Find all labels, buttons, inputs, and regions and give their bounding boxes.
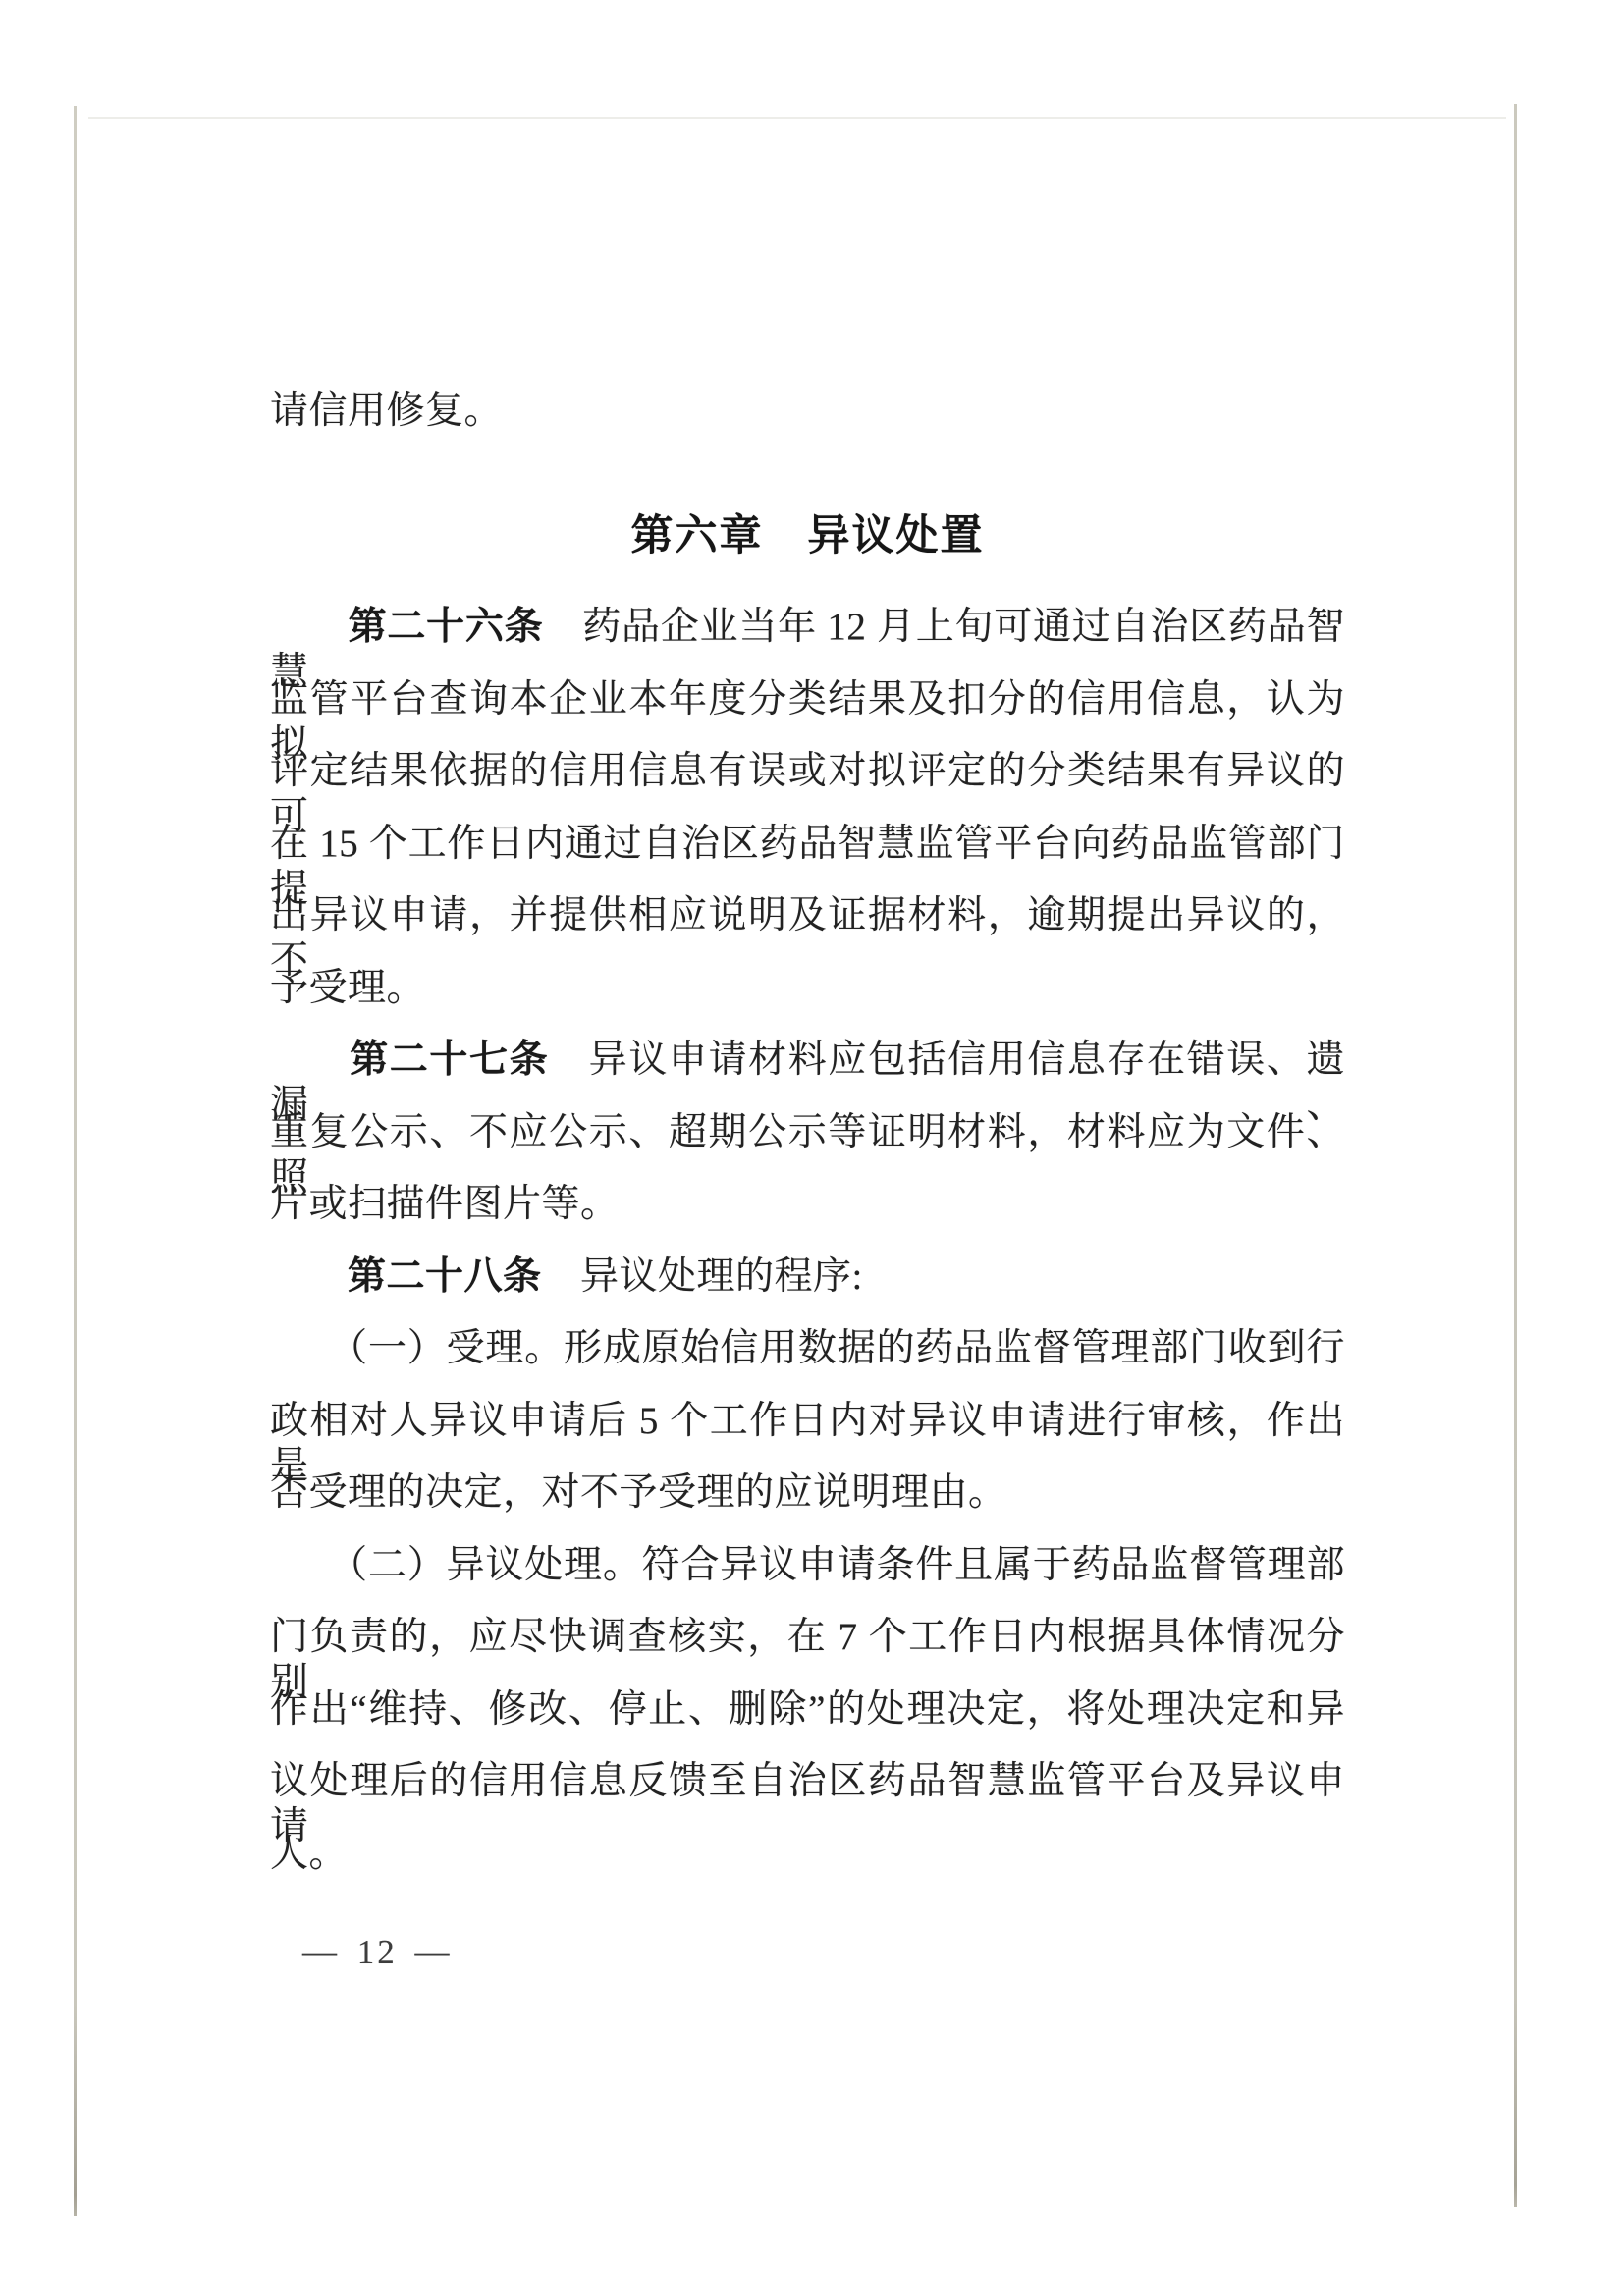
- page-edge-right-line: [1514, 104, 1517, 2207]
- body-line: 片或扫描件图片等。: [270, 1182, 1345, 1227]
- article-number: 第二十七条: [350, 1039, 549, 1081]
- text-run: 否受理的决定，对不予受理的应说明理由。: [270, 1471, 1007, 1514]
- body-line: 人。: [270, 1832, 1345, 1877]
- article-number: 第二十八条: [348, 1255, 542, 1298]
- body-line: 否受理的决定，对不予受理的应说明理由。: [270, 1470, 1345, 1516]
- text-run: 片或扫描件图片等。: [270, 1183, 620, 1225]
- scanned-document-page: 请信用修复。 第六章 异议处置 第二十六条 药品企业当年 12 月上旬可通过自治…: [0, 0, 1623, 2296]
- page-edge-top-line: [88, 117, 1506, 119]
- body-line: 第二十八条 异议处理的程序:: [270, 1255, 1345, 1300]
- text-run: （一）受理。形成原始信用数据的药品监督管理部门收到行: [270, 1327, 1345, 1369]
- text-run: 异议处理的程序:: [542, 1255, 863, 1298]
- page-edge-left-line: [74, 106, 77, 2216]
- text-run: [270, 1039, 350, 1081]
- article-number: 第二十六条: [349, 606, 544, 648]
- text-run: 作出“维持、修改、停止、删除”的处理决定，将处理决定和异: [270, 1688, 1345, 1731]
- body-line: （二）异议处理。符合异议申请条件且属于药品监督管理部: [270, 1543, 1345, 1588]
- text-run: [270, 1255, 348, 1298]
- intro-line: 请信用修复。: [270, 389, 1345, 434]
- text-run: 人。: [270, 1833, 348, 1875]
- body-line: 予受理。: [270, 966, 1345, 1011]
- body-line: 作出“维持、修改、停止、删除”的处理决定，将处理决定和异: [270, 1687, 1345, 1733]
- text-run: （二）异议处理。符合异议申请条件且属于药品监督管理部: [270, 1544, 1345, 1586]
- page-number: — 12 —: [302, 1932, 453, 1973]
- text-run: 予受理。: [270, 967, 425, 1009]
- text-run: [270, 606, 349, 648]
- body-line: （一）受理。形成原始信用数据的药品监督管理部门收到行: [270, 1326, 1345, 1371]
- chapter-heading: 第六章 异议处置: [270, 512, 1345, 561]
